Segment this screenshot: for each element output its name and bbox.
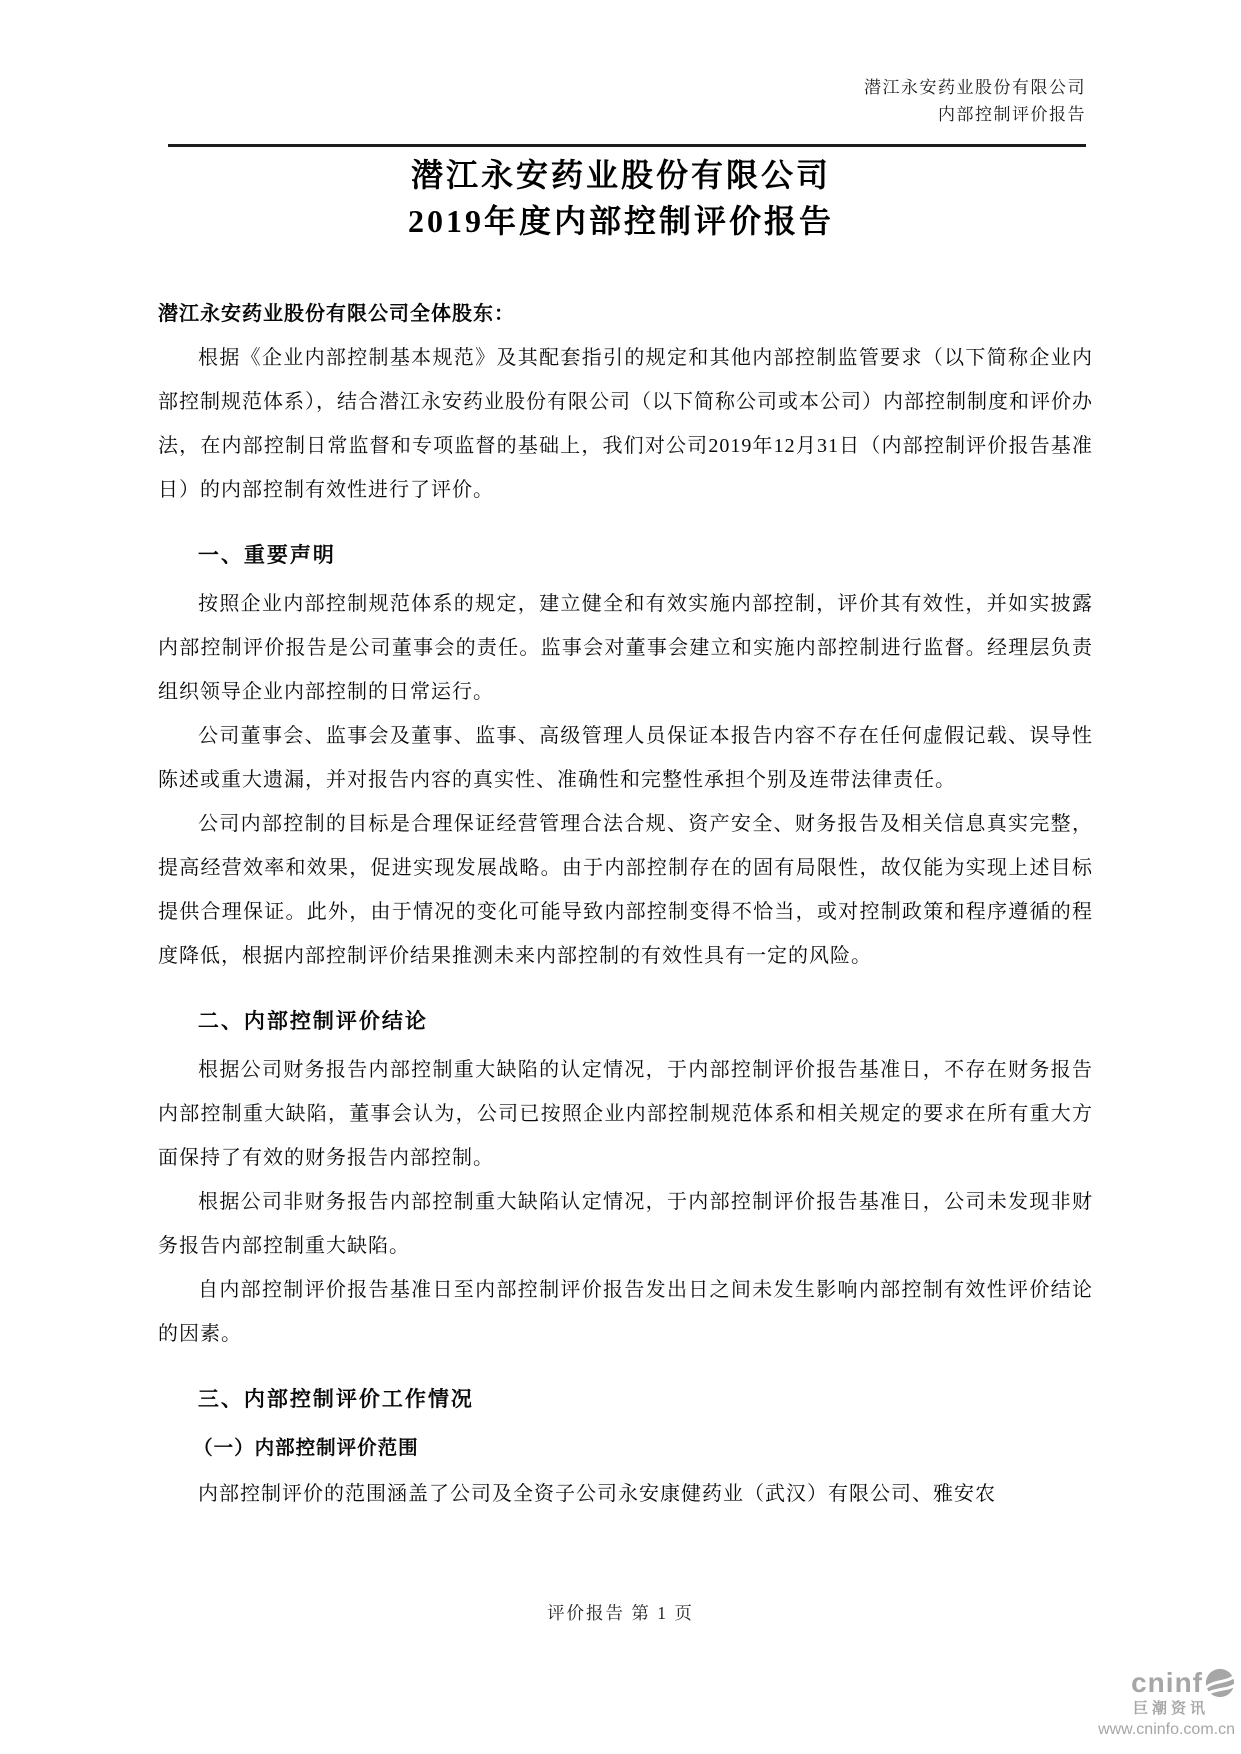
section-1-paragraph-3: 公司内部控制的目标是合理保证经营管理合法合规、资产安全、财务报告及相关信息真实完… xyxy=(158,802,1093,978)
section-3-subheading: （一）内部控制评价范围 xyxy=(158,1426,1093,1470)
cninfo-logo-row: cninf xyxy=(1055,1668,1235,1698)
cninfo-chinese-name: 巨潮资讯 xyxy=(1055,1698,1235,1719)
section-2-paragraph-2: 根据公司非财务报告内部控制重大缺陷认定情况，于内部控制评价报告基准日，公司未发现… xyxy=(158,1180,1093,1268)
section-2-paragraph-3: 自内部控制评价报告基准日至内部控制评价报告发出日之间未发生影响内部控制有效性评价… xyxy=(158,1268,1093,1356)
page-number: 评价报告 第 1 页 xyxy=(0,1600,1241,1625)
cninfo-logo: cninf 巨潮资讯 www.cninfo.com.cn xyxy=(1055,1668,1235,1740)
section-1-heading: 一、重要声明 xyxy=(158,534,1093,578)
header-divider xyxy=(168,144,1086,147)
header-doc-name: 内部控制评价报告 xyxy=(864,101,1086,128)
section-1-paragraph-2: 公司董事会、监事会及董事、监事、高级管理人员保证本报告内容不存在任何虚假记载、误… xyxy=(158,714,1093,802)
cninfo-brand-text: cninf xyxy=(1131,1668,1203,1698)
section-3-paragraph-1: 内部控制评价的范围涵盖了公司及全资子公司永安康健药业（武汉）有限公司、雅安农 xyxy=(158,1472,1093,1516)
header-company-name: 潜江永安药业股份有限公司 xyxy=(864,74,1086,101)
document-title: 潜江永安药业股份有限公司 2019年度内部控制评价报告 xyxy=(146,152,1096,244)
section-3-heading: 三、内部控制评价工作情况 xyxy=(158,1378,1093,1422)
globe-icon xyxy=(1205,1668,1235,1698)
cninfo-url: www.cninfo.com.cn xyxy=(1055,1719,1235,1740)
report-page: 潜江永安药业股份有限公司 内部控制评价报告 潜江永安药业股份有限公司 2019年… xyxy=(0,0,1241,1754)
intro-paragraph: 根据《企业内部控制基本规范》及其配套指引的规定和其他内部控制监管要求（以下简称企… xyxy=(158,336,1093,512)
page-header: 潜江永安药业股份有限公司 内部控制评价报告 xyxy=(864,74,1086,128)
section-1-paragraph-1: 按照企业内部控制规范体系的规定，建立健全和有效实施内部控制，评价其有效性，并如实… xyxy=(158,582,1093,714)
section-2-paragraph-1: 根据公司财务报告内部控制重大缺陷的认定情况，于内部控制评价报告基准日，不存在财务… xyxy=(158,1048,1093,1180)
document-title-report: 2019年度内部控制评价报告 xyxy=(146,198,1096,244)
section-2-heading: 二、内部控制评价结论 xyxy=(158,1000,1093,1044)
salutation: 潜江永安药业股份有限公司全体股东： xyxy=(158,292,1093,336)
document-title-company: 潜江永安药业股份有限公司 xyxy=(146,152,1096,198)
document-body: 潜江永安药业股份有限公司全体股东： 根据《企业内部控制基本规范》及其配套指引的规… xyxy=(158,292,1093,1516)
